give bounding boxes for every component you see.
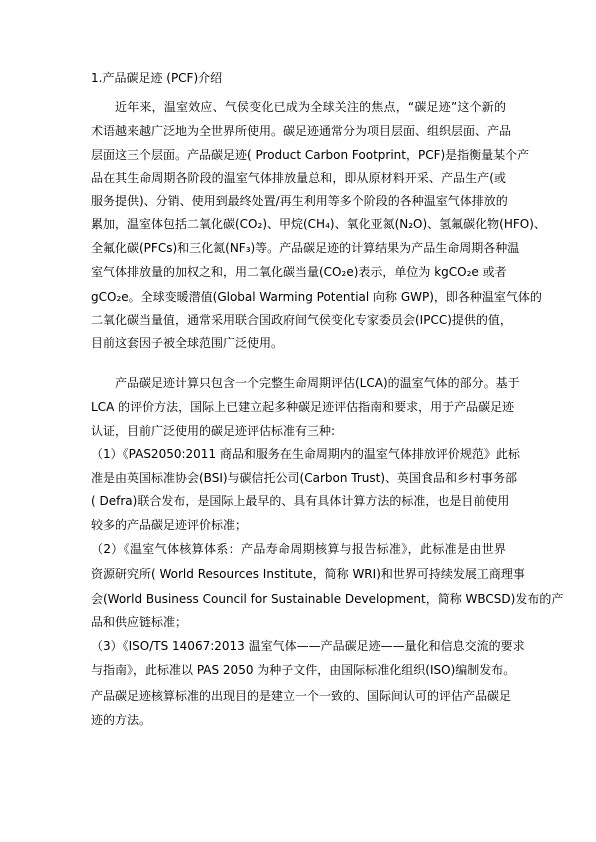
paragraph-line: 室气体排放量的加权之和，用二氧化碳当量(CO₂e)表示，单位为 kgCO₂e 或…	[91, 264, 506, 280]
list-item-line: （3）《ISO/TS 14067:2013 温室气体——产品碳足迹——量化和信息…	[91, 638, 506, 654]
list-item-line: （1）《PAS2050:2011 商品和服务在生命周期内的温室气体排放评价规范》…	[91, 446, 506, 462]
paragraph-line: 近年来，温室效应、气侯变化已成为全球关注的焦点，“碳足迹”这个新的	[115, 99, 506, 115]
paragraph-line: 术语越来越广泛地为全世界所使用。碳足迹通常分为项目层面、组织层面、产品	[91, 123, 506, 139]
paragraph-line: LCA 的评价方法，国际上已建立起多种碳足迹评估指南和要求，用于产品碳足迹	[91, 399, 506, 415]
paragraph-line: gCO₂e。全球变暖潜值(Global Warming Potential 向称…	[91, 289, 506, 305]
paragraph-line: 产品碳足迹核算标准的出现目的是建立一个一致的、国际间认可的评估产品碳足	[91, 688, 506, 704]
paragraph-line: 产品碳足迹计算只包含一个完整生命周期评估(LCA)的温室气体的部分。基于	[115, 375, 506, 391]
document-page: 1.产品碳足迹 (PCF)介绍 近年来，温室效应、气侯变化已成为全球关注的焦点，…	[0, 0, 596, 842]
paragraph-line: 累加，温室体包括二氧化碳(CO₂)、甲烷(CH₄)、氧化亚氮(N₂O)、氢氟碳化…	[91, 216, 506, 232]
paragraph-line: 层面这三个层面。产品碳足迹( Product Carbon Footprint，…	[91, 147, 506, 163]
paragraph-line: 认证，目前广泛使用的碳足迹评估标准有三种:	[91, 423, 506, 439]
section-title: 1.产品碳足迹 (PCF)介绍	[91, 70, 222, 86]
paragraph-line: 全氟化碳(PFCs)和三化氮(NF₃)等。产品碳足迹的计算结果为产品生命周期各种…	[91, 240, 506, 256]
paragraph-line: 服务提供)、分销、使用到最终处置/再生利用等多个阶段的各种温室气体排放的	[91, 193, 506, 209]
paragraph-line: 迹的方法。	[91, 712, 506, 728]
list-item-line: 准是由英国标准协会(BSI)与碳信托公司(Carbon Trust)、英国食品和…	[91, 470, 506, 486]
list-item-line: 较多的产品碳足迹评价标准；	[91, 517, 506, 533]
paragraph-line: 二氧化碳当量值，通常采用联合国政府间气侯变化专家委员会(IPCC)提供的值，	[91, 312, 506, 328]
paragraph-line: 目前这套因子被全球范围广泛使用。	[91, 335, 506, 351]
list-item-line: ( Defra)联合发布，是国际上最早的、具有具体计算方法的标准，也是目前使用	[91, 493, 506, 509]
list-item-line: 资源研究所( World Resources Institute，简称 WRI)…	[91, 566, 506, 582]
list-item-line: 品和供应链标准；	[91, 614, 506, 630]
paragraph-line: 品在其生命周期各阶段的温室气体排放量总和，即从原材料开采、产品生产(或	[91, 170, 506, 186]
list-item-line: （2）《温室气体核算体系：产品寿命周期核算与报告标准》，此标准是由世界	[91, 541, 506, 557]
list-item-line: 会(World Business Council for Sustainable…	[91, 591, 506, 607]
list-item-line: 与指南》，此标准以 PAS 2050 为种子文件，由国际标准化组织(ISO)编制…	[91, 662, 506, 678]
